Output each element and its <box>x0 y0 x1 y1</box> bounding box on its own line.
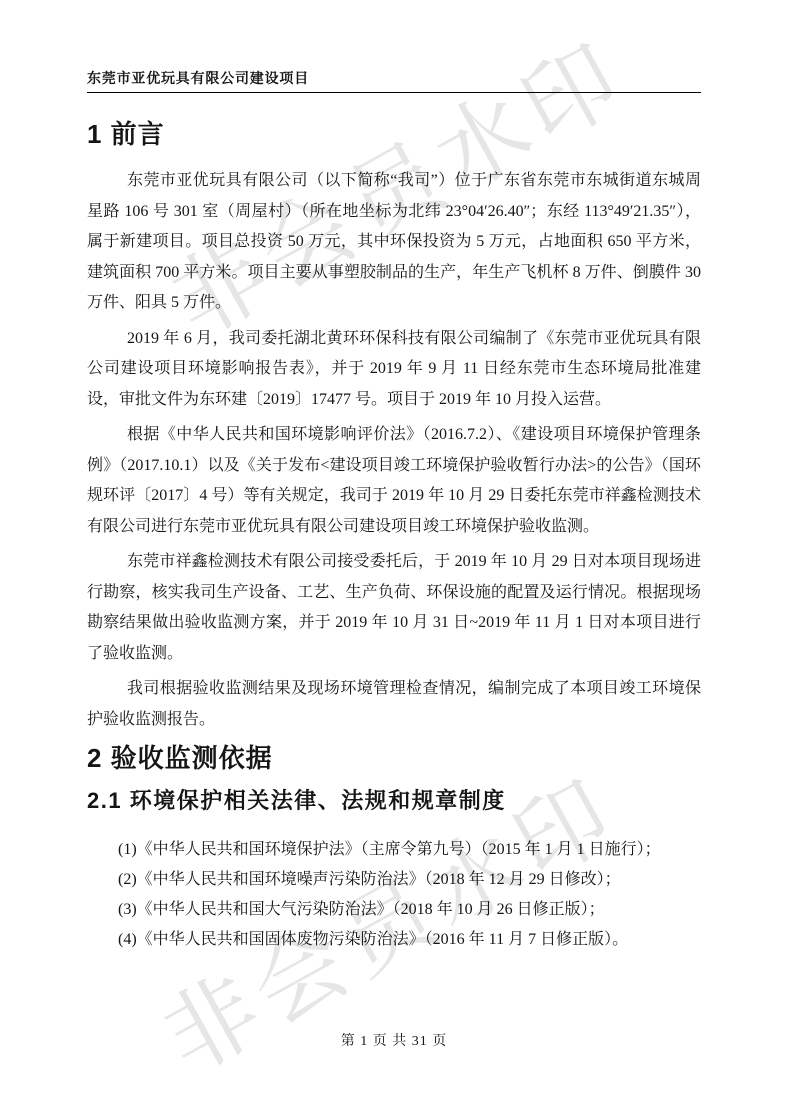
paragraph: 我司根据验收监测结果及现场环境管理检查情况，编制完成了本项目竣工环境保护验收监测… <box>87 674 701 735</box>
running-header: 东莞市亚优玩具有限公司建设项目 <box>87 0 701 93</box>
paragraph: 根据《中华人民共和国环境影响评价法》（2016.7.2）、《建设项目环境保护管理… <box>87 420 701 542</box>
document-page: 非会员水印 非会员水印 东莞市亚优玩具有限公司建设项目 1 前言 东莞市亚优玩具… <box>0 0 789 1118</box>
legal-item: (4)《中华人民共和国固体废物污染防治法》（2016 年 11 月 7 日修正版… <box>87 925 701 955</box>
legal-item: (2)《中华人民共和国环境噪声污染防治法》（2018 年 12 月 29 日修改… <box>87 865 701 895</box>
subsection-2-1-heading: 2.1 环境保护相关法律、法规和规章制度 <box>87 788 701 813</box>
paragraph: 东莞市亚优玩具有限公司（以下简称“我司”）位于广东省东莞市东城街道东城周星路 1… <box>87 166 701 319</box>
legal-item: (3)《中华人民共和国大气污染防治法》（2018 年 10 月 26 日修正版）… <box>87 895 701 925</box>
legal-reference-list: (1)《中华人民共和国环境保护法》（主席令第九号）（2015 年 1 月 1 日… <box>87 835 701 955</box>
section-1-heading: 1 前言 <box>87 120 701 150</box>
section-2-heading: 2 验收监测依据 <box>87 744 701 774</box>
paragraph: 2019 年 6 月，我司委托湖北黄环环保科技有限公司编制了《东莞市亚优玩具有限… <box>87 324 701 416</box>
paragraph: 东莞市祥鑫检测技术有限公司接受委托后，于 2019 年 10 月 29 日对本项… <box>87 547 701 669</box>
section-1-body: 东莞市亚优玩具有限公司（以下简称“我司”）位于广东省东莞市东城街道东城周星路 1… <box>87 166 701 735</box>
legal-item: (1)《中华人民共和国环境保护法》（主席令第九号）（2015 年 1 月 1 日… <box>87 835 701 865</box>
page-content: 东莞市亚优玩具有限公司建设项目 1 前言 东莞市亚优玩具有限公司（以下简称“我司… <box>87 0 701 955</box>
page-number-footer: 第 1 页 共 31 页 <box>87 1030 701 1050</box>
